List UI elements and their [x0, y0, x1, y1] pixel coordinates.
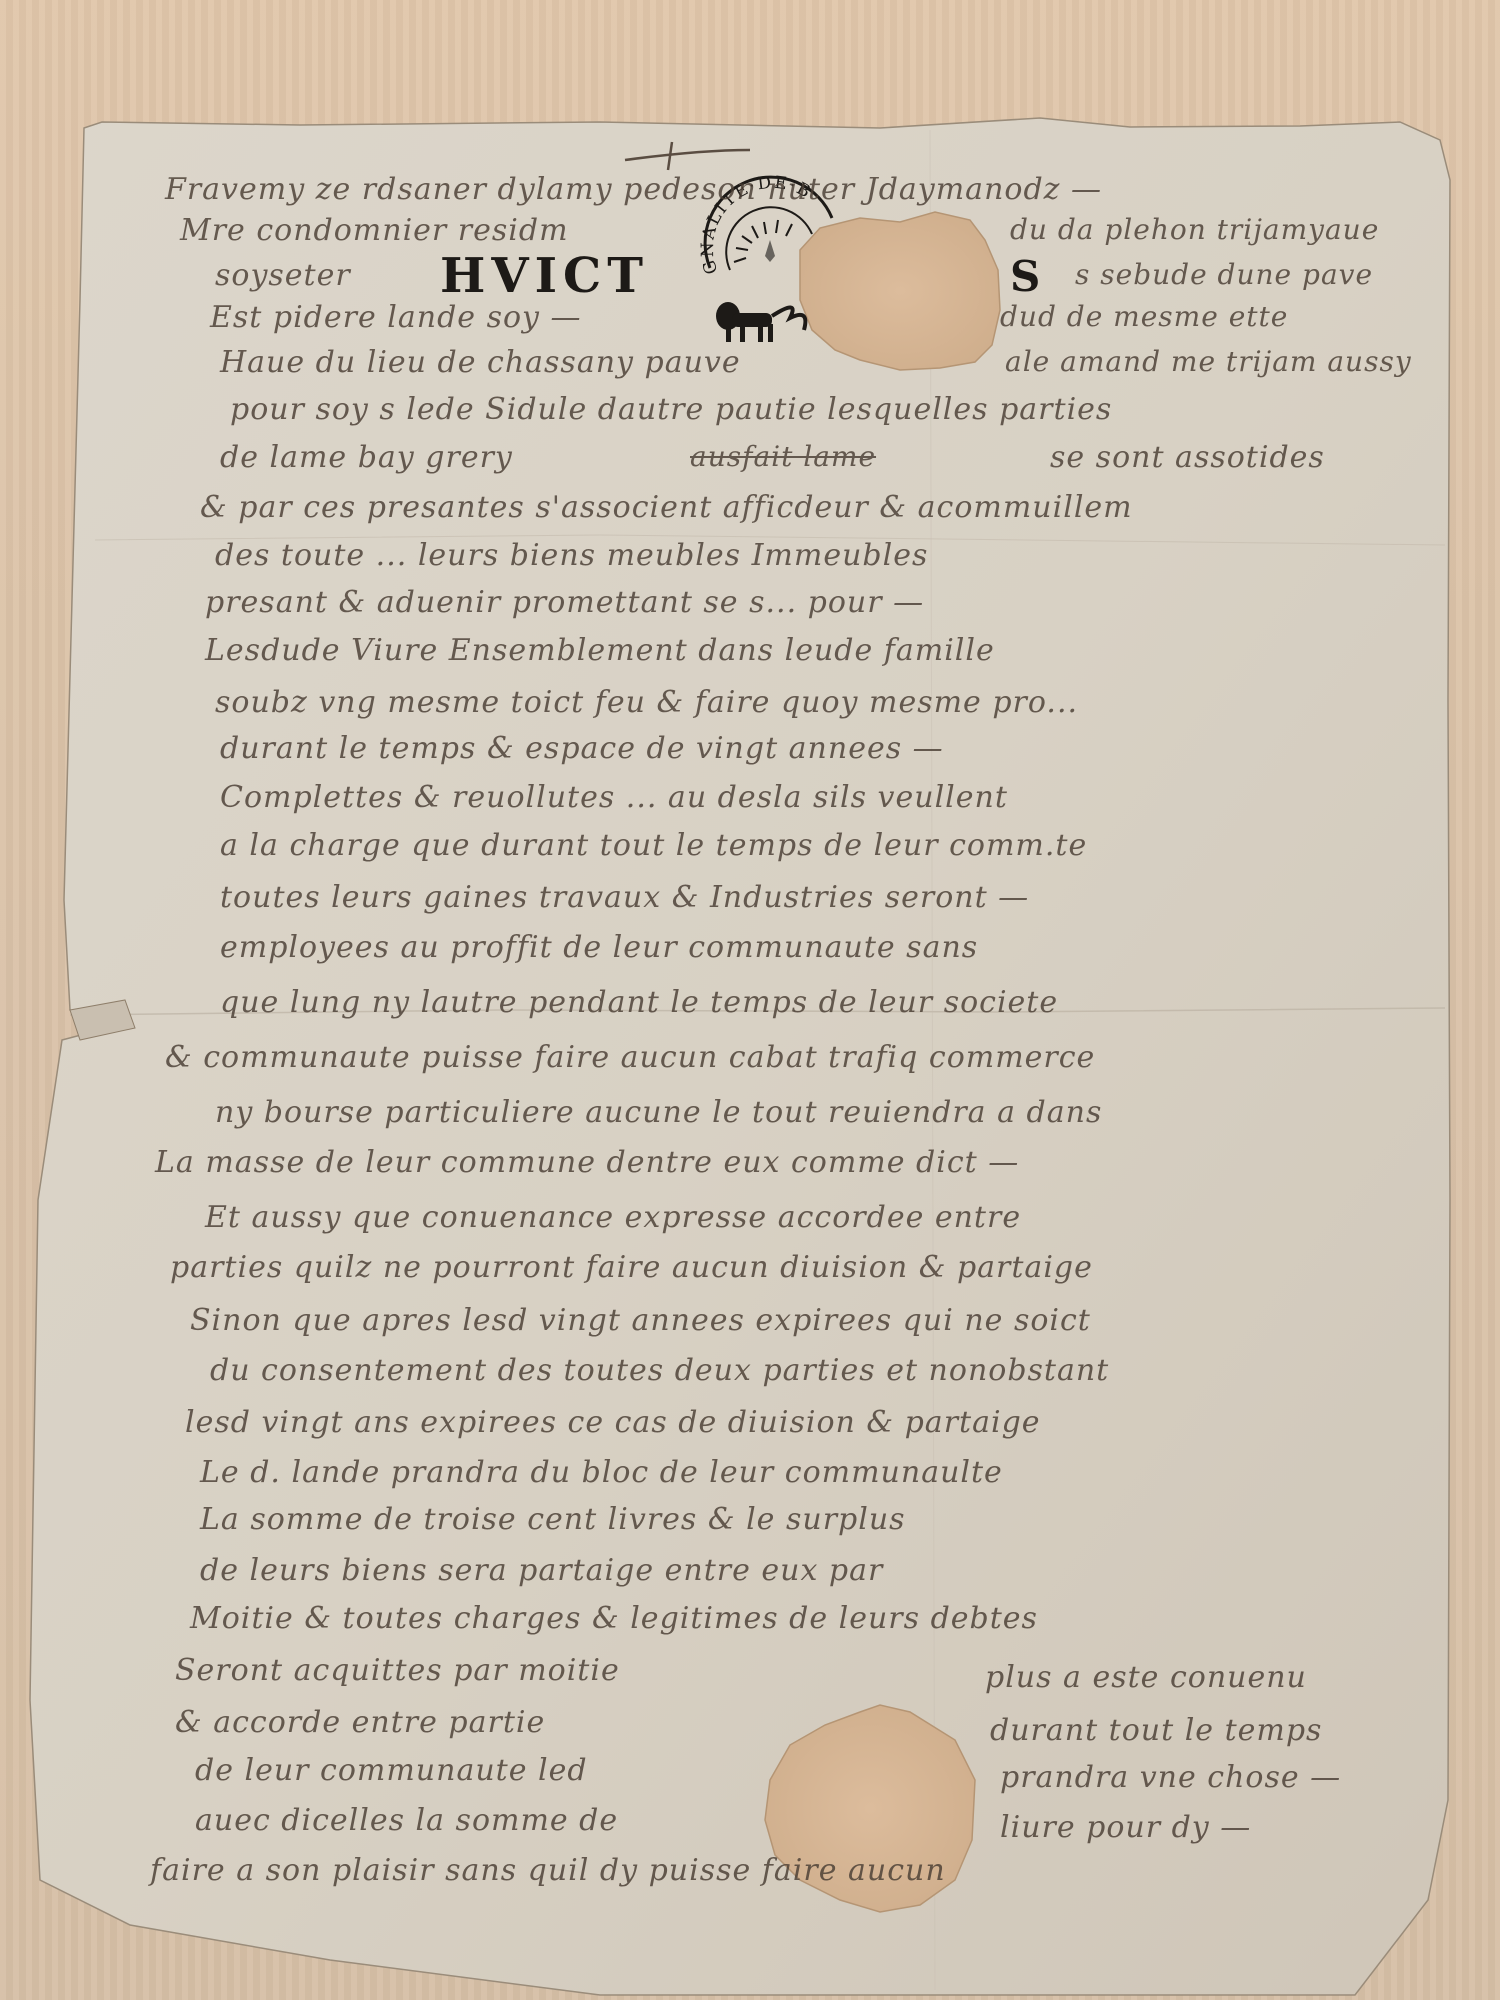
script-line-12: soubz vng mesme toict feu & faire quoy m…	[215, 685, 1078, 720]
script-line-4-right: dud de mesme ette	[1000, 300, 1288, 333]
script-line-28: La somme de troise cent livres & le surp…	[200, 1502, 906, 1537]
script-line-10: presant & aduenir promettant se s... pou…	[205, 585, 924, 620]
script-line-6: pour soy s lede Sidule dautre pautie les…	[230, 392, 1112, 427]
script-line-25: du consentement des toutes deux parties …	[210, 1353, 1109, 1388]
stamp-word-left: HVICT	[440, 248, 649, 304]
script-line-3-right: s sebude dune pave	[1075, 258, 1373, 291]
script-line-20: ny bourse particuliere aucune le tout re…	[215, 1095, 1102, 1130]
script-line-33: de leur communaute led	[195, 1753, 588, 1788]
script-line-21: La masse de leur commune dentre eux comm…	[155, 1145, 1019, 1180]
script-line-15: a la charge que durant tout le temps de …	[220, 828, 1087, 863]
script-line-29: de leurs biens sera partaige entre eux p…	[200, 1553, 883, 1588]
script-line-34: auec dicelles la somme de	[195, 1803, 618, 1838]
paper-hole-top	[800, 212, 1000, 370]
script-line-7: de lame bay grery	[220, 440, 513, 475]
script-line-31-right: plus a este conuenu	[985, 1660, 1307, 1695]
script-line-27: Le d. lande prandra du bloc de leur comm…	[200, 1455, 1003, 1490]
script-line-3: soyseter	[215, 258, 351, 293]
stamp-word-right: S	[1010, 252, 1046, 301]
script-line-5-right: ale amand me trijam aussy	[1005, 345, 1412, 378]
script-line-24: Sinon que apres lesd vingt annees expire…	[190, 1303, 1091, 1338]
script-line-4: Est pidere lande soy —	[210, 300, 582, 335]
script-line-35: faire a son plaisir sans quil dy puisse …	[150, 1853, 946, 1888]
script-line-1: Fravemy ze rdsaner dylamy pedeson nuter …	[165, 172, 1102, 207]
script-line-32: & accorde entre partie	[175, 1705, 545, 1740]
script-line-18: que lung ny lautre pendant le temps de l…	[220, 985, 1058, 1020]
script-line-9: des toute ... leurs biens meubles Immeub…	[215, 538, 928, 573]
script-line-34-right: liure pour dy —	[1000, 1810, 1251, 1845]
script-line-2: Mre condomnier residm	[180, 213, 569, 248]
script-line-19: & communaute puisse faire aucun cabat tr…	[165, 1040, 1095, 1075]
script-line-13: durant le temps & espace de vingt annees…	[220, 731, 944, 766]
script-line-2-right: du da plehon trijamyaue	[1010, 213, 1379, 246]
script-line-30: Moitie & toutes charges & legitimes de l…	[190, 1601, 1038, 1636]
script-line-8: & par ces presantes s'associent afficdeu…	[200, 490, 1133, 525]
script-line-14: Complettes & reuollutes ... au desla sil…	[220, 780, 1008, 815]
script-line-26: lesd vingt ans expirees ce cas de diuisi…	[185, 1405, 1041, 1440]
script-line-17: employees au proffit de leur communaute …	[220, 930, 978, 965]
script-line-33-right: prandra vne chose —	[1000, 1760, 1341, 1795]
script-line-22: Et aussy que conuenance expresse accorde…	[205, 1200, 1021, 1235]
script-line-16: toutes leurs gaines travaux & Industries…	[220, 880, 1029, 915]
document-photo: GNALITE·DE·B	[0, 0, 1500, 2000]
script-line-32-right: durant tout le temps	[990, 1713, 1322, 1748]
script-line-23: parties quilz ne pourront faire aucun di…	[170, 1250, 1093, 1285]
script-line-7-right: se sont assotides	[1050, 440, 1325, 475]
script-line-31: Seront acquittes par moitie	[175, 1653, 620, 1688]
script-line-5: Haue du lieu de chassany pauve	[220, 345, 741, 380]
script-line-7-strike: ausfait lame	[690, 440, 876, 473]
script-line-11: Lesdude Viure Ensemblement dans leude fa…	[205, 633, 995, 668]
